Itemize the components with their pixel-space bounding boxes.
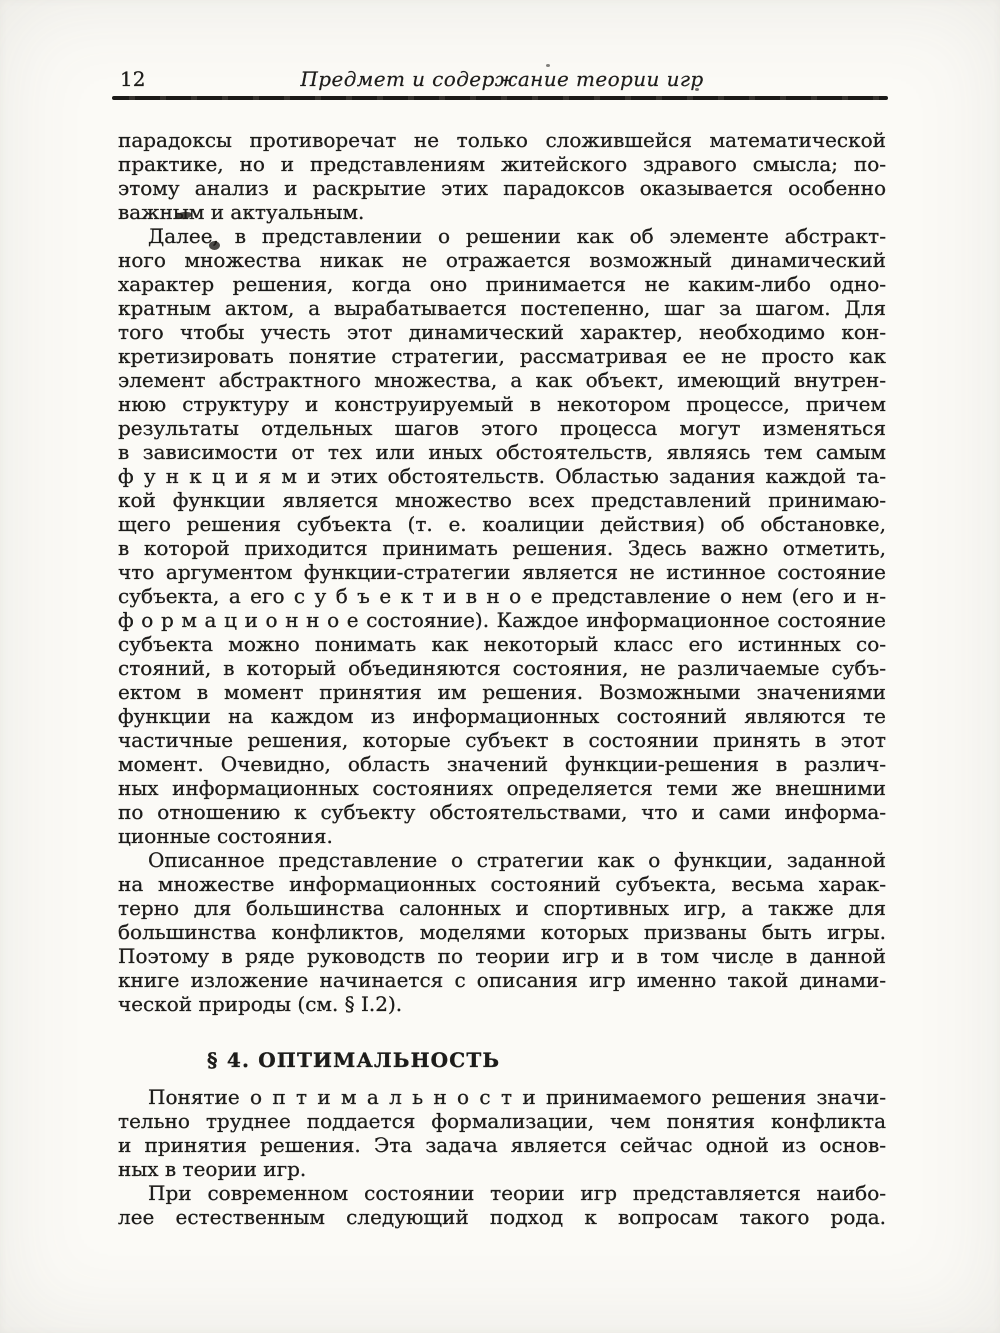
- text-line: щего решения субъекта (т. е. коалиции де…: [118, 512, 886, 536]
- text-line: ционные состояния.: [118, 824, 886, 848]
- paragraph: Понятие о п т и м а л ь н о с т и приним…: [118, 1085, 886, 1181]
- ink-speck: [546, 64, 550, 67]
- text-column: парадоксы противоречат не только сложивш…: [118, 128, 886, 1229]
- text-line: кой функции является множество всех пред…: [118, 488, 886, 512]
- text-line: Далее, в представлении о решении как об …: [118, 224, 886, 248]
- text-line: стояний, в который объединяются состояни…: [118, 656, 886, 680]
- text-line: ных в теории игр.: [118, 1157, 886, 1181]
- text-line: и принятия решения. Эта задача является …: [118, 1133, 886, 1157]
- text-line: кратным актом, а вырабатывается постепен…: [118, 296, 886, 320]
- text-line: субъекта, а его с у б ъ е к т и в н о е …: [118, 584, 886, 608]
- book-page: 12 Предмет и содержание теории игр парад…: [0, 0, 1000, 1333]
- text-line: При современном состоянии теории игр пре…: [118, 1181, 886, 1205]
- ink-speck: [760, 963, 763, 966]
- text-line: лее естественным следующий подход к вопр…: [118, 1205, 886, 1229]
- text-line: нюю структуру и конструируемый в некотор…: [118, 392, 886, 416]
- text-line: частичные решения, которые субъект в сос…: [118, 728, 886, 752]
- text-line: элемент абстрактного множества, а как об…: [118, 368, 886, 392]
- text-line: ных информационных состояниях определяет…: [118, 776, 886, 800]
- text-line: по отношению к субъекту обстоятельствами…: [118, 800, 886, 824]
- text-line: в зависимости от тех или иных обстоятель…: [118, 440, 886, 464]
- text-line: того чтобы учесть этот динамический хара…: [118, 320, 886, 344]
- ink-smudge: [209, 241, 220, 250]
- text-line: результаты отдельных шагов этого процесс…: [118, 416, 886, 440]
- text-line: что аргументом функции-стратегии являетс…: [118, 560, 886, 584]
- text-line: парадоксы противоречат не только сложивш…: [118, 128, 886, 152]
- text-line: в которой приходится принимать решения. …: [118, 536, 886, 560]
- paragraph: При современном состоянии теории игр пре…: [118, 1181, 886, 1229]
- text-line: момент. Очевидно, область значений функц…: [118, 752, 886, 776]
- text-line: ф у н к ц и я м и этих обстоятельств. Об…: [118, 464, 886, 488]
- header-rule: [112, 96, 888, 100]
- text-line: практике, но и представлениям житейского…: [118, 152, 886, 176]
- running-title: Предмет и содержание теории игр: [118, 66, 886, 92]
- text-line: Понятие о п т и м а л ь н о с т и приним…: [118, 1085, 886, 1109]
- ink-speck: [695, 88, 699, 91]
- text-line: важным и актуальным.: [118, 200, 886, 224]
- page-header: 12 Предмет и содержание теории игр: [118, 66, 886, 92]
- text-line: большинства конфликтов, моделями которых…: [118, 920, 886, 944]
- text-line: этому анализ и раскрытие этих парадоксов…: [118, 176, 886, 200]
- text-line: ектом в момент принятия им решения. Возм…: [118, 680, 886, 704]
- text-line: кретизировать понятие стратегии, рассмат…: [118, 344, 886, 368]
- text-line: ного множества никак не отражается возмо…: [118, 248, 886, 272]
- text-line: Описанное представление о стратегии как …: [118, 848, 886, 872]
- paragraph: парадоксы противоречат не только сложивш…: [118, 128, 886, 224]
- text-line: книге изложение начинается с описания иг…: [118, 968, 886, 992]
- page-number: 12: [120, 66, 145, 92]
- section-heading: § 4. ОПТИМАЛЬНОСТЬ: [207, 1048, 886, 1072]
- text-line: терно для большинства салонных и спортив…: [118, 896, 886, 920]
- text-line: ф о р м а ц и о н н о е состояние). Кажд…: [118, 608, 886, 632]
- text-line: субъекта можно понимать как некоторый кл…: [118, 632, 886, 656]
- text-line: ческой природы (см. § I.2).: [118, 992, 886, 1016]
- text-line: Поэтому в ряде руководств по теории игр …: [118, 944, 886, 968]
- text-line: на множестве информационных состояний су…: [118, 872, 886, 896]
- text-line: функции на каждом из информационных сост…: [118, 704, 886, 728]
- paragraph: Далее, в представлении о решении как об …: [118, 224, 886, 848]
- text-line: характер решения, когда оно принимается …: [118, 272, 886, 296]
- text-line: тельно труднее поддается формализации, ч…: [118, 1109, 886, 1133]
- paragraph: Описанное представление о стратегии как …: [118, 848, 886, 1016]
